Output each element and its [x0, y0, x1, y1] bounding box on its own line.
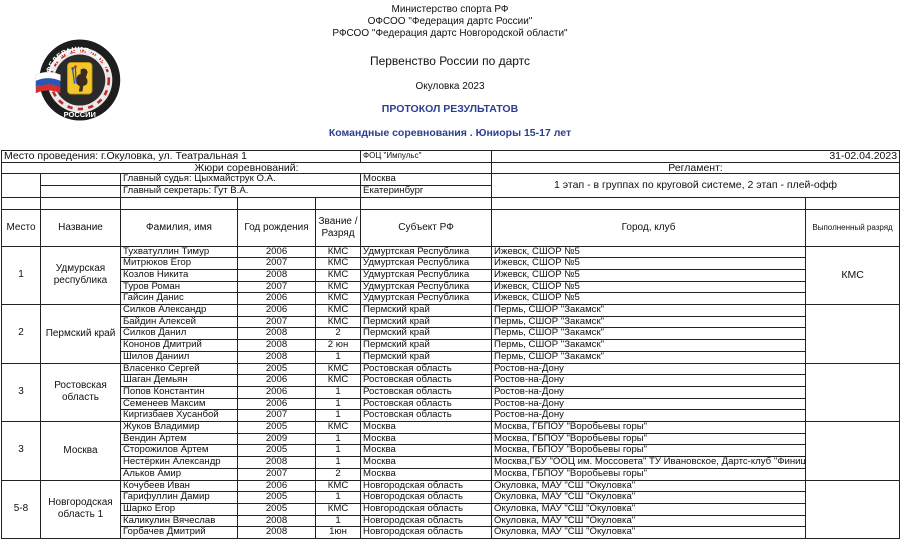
player-club: Ростов-на-Дону — [492, 398, 806, 410]
player-name: Туров Роман — [121, 281, 238, 293]
player-rank: 2 — [316, 468, 361, 480]
player-birth-year: 2008 — [238, 328, 316, 340]
player-birth-year: 2005 — [238, 445, 316, 457]
table-row: 5-8Новгородская область 1Кочубеев Иван20… — [2, 480, 900, 492]
competition-category: Командные соревнования . Юниоры 15-17 ле… — [0, 127, 900, 139]
player-rank: 1юн — [316, 527, 361, 539]
col-header-name: Фамилия, имя — [121, 209, 238, 246]
player-rank: КМС — [316, 269, 361, 281]
player-birth-year: 2005 — [238, 503, 316, 515]
player-rank: 1 — [316, 457, 361, 469]
player-birth-year: 2005 — [238, 422, 316, 434]
player-name: Гарифуллин Дамир — [121, 492, 238, 504]
team-name: Ростовская область — [41, 363, 121, 422]
player-birth-year: 2006 — [238, 305, 316, 317]
player-rank: 2 — [316, 328, 361, 340]
player-name: Силков Данил — [121, 328, 238, 340]
player-name: Гайсин Данис — [121, 293, 238, 305]
player-club: Ижевск, СШОР №5 — [492, 281, 806, 293]
team-name: Москва — [41, 422, 121, 481]
player-region: Пермский край — [361, 316, 492, 328]
table-row: Туров Роман2007КМСУдмуртская РеспубликаИ… — [2, 281, 900, 293]
player-rank: КМС — [316, 246, 361, 258]
chief-secretary-city: Екатеринбург — [361, 186, 492, 198]
team-name: Новгородская область 1 — [41, 480, 121, 539]
event-location-year: Окуловка 2023 — [0, 81, 900, 92]
col-header-birth-year: Год рождения — [238, 209, 316, 246]
player-region: Новгородская область — [361, 515, 492, 527]
empty-cell — [41, 186, 121, 198]
team-place: 1 — [2, 246, 41, 305]
player-region: Пермский край — [361, 351, 492, 363]
player-region: Пермский край — [361, 340, 492, 352]
player-rank: 1 — [316, 492, 361, 504]
table-row: Гарифуллин Дамир20051Новгородская област… — [2, 492, 900, 504]
team-achieved-rank: КМС — [806, 246, 900, 305]
player-region: Ростовская область — [361, 398, 492, 410]
event-title: Первенство России по дартс — [0, 54, 900, 68]
spacer-cell — [492, 197, 806, 209]
table-row: Вендин Артем20091МоскваМосква, ГБПОУ "Во… — [2, 433, 900, 445]
player-name: Шаган Демьян — [121, 375, 238, 387]
player-name: Тухватуллин Тимур — [121, 246, 238, 258]
venue-name: ФОЦ "Импульс" — [361, 151, 492, 163]
player-birth-year: 2008 — [238, 269, 316, 281]
player-birth-year: 2007 — [238, 410, 316, 422]
table-row: 2Пермский крайСилков Александр2006КМСПер… — [2, 305, 900, 317]
player-region: Новгородская область — [361, 480, 492, 492]
team-name: Пермский край — [41, 305, 121, 364]
spacer-cell — [238, 197, 316, 209]
team-place: 3 — [2, 422, 41, 481]
player-rank: КМС — [316, 422, 361, 434]
player-birth-year: 2006 — [238, 386, 316, 398]
player-club: Окуловка, МАУ "СШ "Окуловка" — [492, 515, 806, 527]
player-region: Новгородская область — [361, 492, 492, 504]
player-rank: 1 — [316, 351, 361, 363]
player-region: Ростовская область — [361, 375, 492, 387]
player-name: Каликулин Вячеслав — [121, 515, 238, 527]
player-rank: 1 — [316, 515, 361, 527]
col-header-club: Город, клуб — [492, 209, 806, 246]
player-name: Сторожилов Артем — [121, 445, 238, 457]
player-club: Москва, ГБПОУ "Воробьевы горы" — [492, 433, 806, 445]
table-row: Козлов Никита2008КМСУдмуртская Республик… — [2, 269, 900, 281]
player-birth-year: 2008 — [238, 515, 316, 527]
regulation-title: Регламент: — [492, 162, 900, 174]
col-header-region: Субъект РФ — [361, 209, 492, 246]
player-region: Москва — [361, 422, 492, 434]
spacer-cell — [2, 197, 41, 209]
table-row: Семенеев Максим20061Ростовская областьРо… — [2, 398, 900, 410]
empty-cell — [2, 174, 41, 197]
results-protocol-table: Место проведения: г.Окуловка, ул. Театра… — [1, 150, 900, 539]
player-club: Москва, ГБПОУ "Воробьевы горы" — [492, 422, 806, 434]
player-birth-year: 2007 — [238, 281, 316, 293]
player-region: Москва — [361, 457, 492, 469]
col-header-achieved-rank: Выполненный разряд — [806, 209, 900, 246]
spacer-cell — [121, 197, 238, 209]
team-place: 5-8 — [2, 480, 41, 539]
player-name: Шарко Егор — [121, 503, 238, 515]
player-name: Жуков Владимир — [121, 422, 238, 434]
player-birth-year: 2006 — [238, 480, 316, 492]
player-birth-year: 2008 — [238, 340, 316, 352]
player-name: Силков Александр — [121, 305, 238, 317]
player-region: Удмуртская Республика — [361, 258, 492, 270]
player-club: Окуловка, МАУ "СШ "Окуловка" — [492, 480, 806, 492]
player-club: Ижевск, СШОР №5 — [492, 258, 806, 270]
player-region: Ростовская область — [361, 410, 492, 422]
table-row: Сторожилов Артем20051МоскваМосква, ГБПОУ… — [2, 445, 900, 457]
player-name: Митрюков Егор — [121, 258, 238, 270]
spacer-cell — [41, 197, 121, 209]
player-region: Пермский край — [361, 305, 492, 317]
player-club: Пермь, СШОР "Закамск" — [492, 305, 806, 317]
player-club: Ростов-на-Дону — [492, 386, 806, 398]
player-region: Новгородская область — [361, 527, 492, 539]
player-club: Ростов-на-Дону — [492, 363, 806, 375]
player-region: Удмуртская Республика — [361, 246, 492, 258]
chief-judge-city: Москва — [361, 174, 492, 186]
player-club: Москва, ГБПОУ "Воробьевы горы" — [492, 468, 806, 480]
player-rank: КМС — [316, 281, 361, 293]
table-row: Киргизбаев Хусанбой20071Ростовская облас… — [2, 410, 900, 422]
player-name: Власенко Сергей — [121, 363, 238, 375]
player-birth-year: 2006 — [238, 246, 316, 258]
team-place: 2 — [2, 305, 41, 364]
player-rank: КМС — [316, 293, 361, 305]
player-birth-year: 2008 — [238, 351, 316, 363]
table-row: Нестёркин Александр20081МоскваМосква,ГБУ… — [2, 457, 900, 469]
player-region: Москва — [361, 468, 492, 480]
ministry-line: Министерство спорта РФ — [0, 4, 900, 15]
player-region: Удмуртская Республика — [361, 281, 492, 293]
table-row: Горбачев Дмитрий20081юнНовгородская обла… — [2, 527, 900, 539]
player-rank: КМС — [316, 316, 361, 328]
player-rank: КМС — [316, 375, 361, 387]
player-birth-year: 2006 — [238, 293, 316, 305]
player-name: Нестёркин Александр — [121, 457, 238, 469]
player-rank: КМС — [316, 258, 361, 270]
spacer-cell — [806, 197, 900, 209]
player-name: Кононов Дмитрий — [121, 340, 238, 352]
table-row: Шарко Егор2005КМСНовгородская областьОку… — [2, 503, 900, 515]
player-club: Ижевск, СШОР №5 — [492, 269, 806, 281]
team-achieved-rank — [806, 305, 900, 364]
player-region: Ростовская область — [361, 363, 492, 375]
table-row: Байдин Алексей2007КМСПермский крайПермь,… — [2, 316, 900, 328]
chief-secretary: Главный секретарь: Гут В.А. — [121, 186, 361, 198]
col-header-place: Место — [2, 209, 41, 246]
table-row: Каликулин Вячеслав20081Новгородская обла… — [2, 515, 900, 527]
team-place: 3 — [2, 363, 41, 422]
player-name: Шилов Даниил — [121, 351, 238, 363]
player-club: Окуловка, МАУ "СШ "Окуловка" — [492, 503, 806, 515]
player-region: Удмуртская Республика — [361, 269, 492, 281]
player-birth-year: 2007 — [238, 316, 316, 328]
table-row: Митрюков Егор2007КМСУдмуртская Республик… — [2, 258, 900, 270]
team-achieved-rank — [806, 363, 900, 422]
col-header-team: Название — [41, 209, 121, 246]
player-birth-year: 2005 — [238, 363, 316, 375]
player-club: Пермь, СШОР "Закамск" — [492, 316, 806, 328]
player-club: Окуловка, МАУ "СШ "Окуловка" — [492, 492, 806, 504]
player-name: Козлов Никита — [121, 269, 238, 281]
player-birth-year: 2006 — [238, 398, 316, 410]
player-club: Пермь, СШОР "Закамск" — [492, 351, 806, 363]
team-achieved-rank — [806, 422, 900, 481]
team-name: Удмурская республика — [41, 246, 121, 305]
table-row: Попов Константин20061Ростовская областьР… — [2, 386, 900, 398]
player-rank: КМС — [316, 305, 361, 317]
federation-line: ОФСОО "Федерация дартс России" — [0, 16, 900, 27]
protocol-title: ПРОТОКОЛ РЕЗУЛЬТАТОВ — [0, 103, 900, 115]
player-region: Новгородская область — [361, 503, 492, 515]
empty-cell — [41, 174, 121, 186]
player-birth-year: 2007 — [238, 258, 316, 270]
player-birth-year: 2008 — [238, 527, 316, 539]
table-row: Силков Данил20082Пермский крайПермь, СШО… — [2, 328, 900, 340]
player-rank: 1 — [316, 433, 361, 445]
player-rank: 1 — [316, 410, 361, 422]
svg-text:РОССИИ: РОССИИ — [64, 110, 96, 119]
player-club: Ижевск, СШОР №5 — [492, 293, 806, 305]
player-region: Москва — [361, 445, 492, 457]
player-rank: КМС — [316, 480, 361, 492]
table-row: Гайсин Данис2006КМСУдмуртская Республика… — [2, 293, 900, 305]
player-name: Байдин Алексей — [121, 316, 238, 328]
player-rank: 1 — [316, 398, 361, 410]
table-row: Шилов Даниил20081Пермский крайПермь, СШО… — [2, 351, 900, 363]
player-region: Ростовская область — [361, 386, 492, 398]
player-region: Москва — [361, 433, 492, 445]
regulation-text: 1 этап - в группах по круговой системе, … — [492, 174, 900, 197]
col-header-rank: Звание / Разряд — [316, 209, 361, 246]
player-club: Ростов-на-Дону — [492, 410, 806, 422]
player-rank: 2 юн — [316, 340, 361, 352]
player-club: Ижевск, СШОР №5 — [492, 246, 806, 258]
player-birth-year: 2006 — [238, 375, 316, 387]
player-club: Пермь, СШОР "Закамск" — [492, 340, 806, 352]
spacer-cell — [316, 197, 361, 209]
player-birth-year: 2007 — [238, 468, 316, 480]
player-birth-year: 2005 — [238, 492, 316, 504]
table-row: Шаган Демьян2006КМСРостовская областьРос… — [2, 375, 900, 387]
player-region: Пермский край — [361, 328, 492, 340]
player-birth-year: 2009 — [238, 433, 316, 445]
player-club: Москва,ГБУ "ООЦ им. Моссовета" ТУ Иванов… — [492, 457, 806, 469]
player-rank: КМС — [316, 363, 361, 375]
player-name: Киргизбаев Хусанбой — [121, 410, 238, 422]
player-club: Москва, ГБПОУ "Воробьевы горы" — [492, 445, 806, 457]
table-row: 3Ростовская областьВласенко Сергей2005КМ… — [2, 363, 900, 375]
player-name: Кочубеев Иван — [121, 480, 238, 492]
player-name: Горбачев Дмитрий — [121, 527, 238, 539]
regional-federation-line: РФСОО "Федерация дартс Новгородской обла… — [0, 28, 900, 39]
table-row: Кононов Дмитрий20082 юнПермский крайПерм… — [2, 340, 900, 352]
team-achieved-rank — [806, 480, 900, 539]
table-row: 1Удмурская республикаТухватуллин Тимур20… — [2, 246, 900, 258]
player-name: Семенеев Максим — [121, 398, 238, 410]
chief-judge: Главный судья: Цыхмайструк О.А. — [121, 174, 361, 186]
player-name: Альков Амир — [121, 468, 238, 480]
player-name: Попов Константин — [121, 386, 238, 398]
table-row: 3МоскваЖуков Владимир2005КМСМоскваМосква… — [2, 422, 900, 434]
player-rank: 1 — [316, 386, 361, 398]
player-region: Удмуртская Республика — [361, 293, 492, 305]
table-row: Альков Амир20072МоскваМосква, ГБПОУ "Вор… — [2, 468, 900, 480]
player-rank: КМС — [316, 503, 361, 515]
spacer-cell — [361, 197, 492, 209]
player-club: Окуловка, МАУ "СШ "Окуловка" — [492, 527, 806, 539]
player-rank: 1 — [316, 445, 361, 457]
player-club: Ростов-на-Дону — [492, 375, 806, 387]
jury-title: Жюри соревнований: — [2, 162, 492, 174]
darts-federation-emblem-icon: ФЕДЕРАЦИЯ ДАРТС РОССИИ — [34, 36, 122, 124]
event-dates: 31-02.04.2023 — [492, 151, 900, 163]
venue-address: Место проведения: г.Окуловка, ул. Театра… — [2, 151, 361, 163]
player-club: Пермь, СШОР "Закамск" — [492, 328, 806, 340]
player-birth-year: 2008 — [238, 457, 316, 469]
player-name: Вендин Артем — [121, 433, 238, 445]
